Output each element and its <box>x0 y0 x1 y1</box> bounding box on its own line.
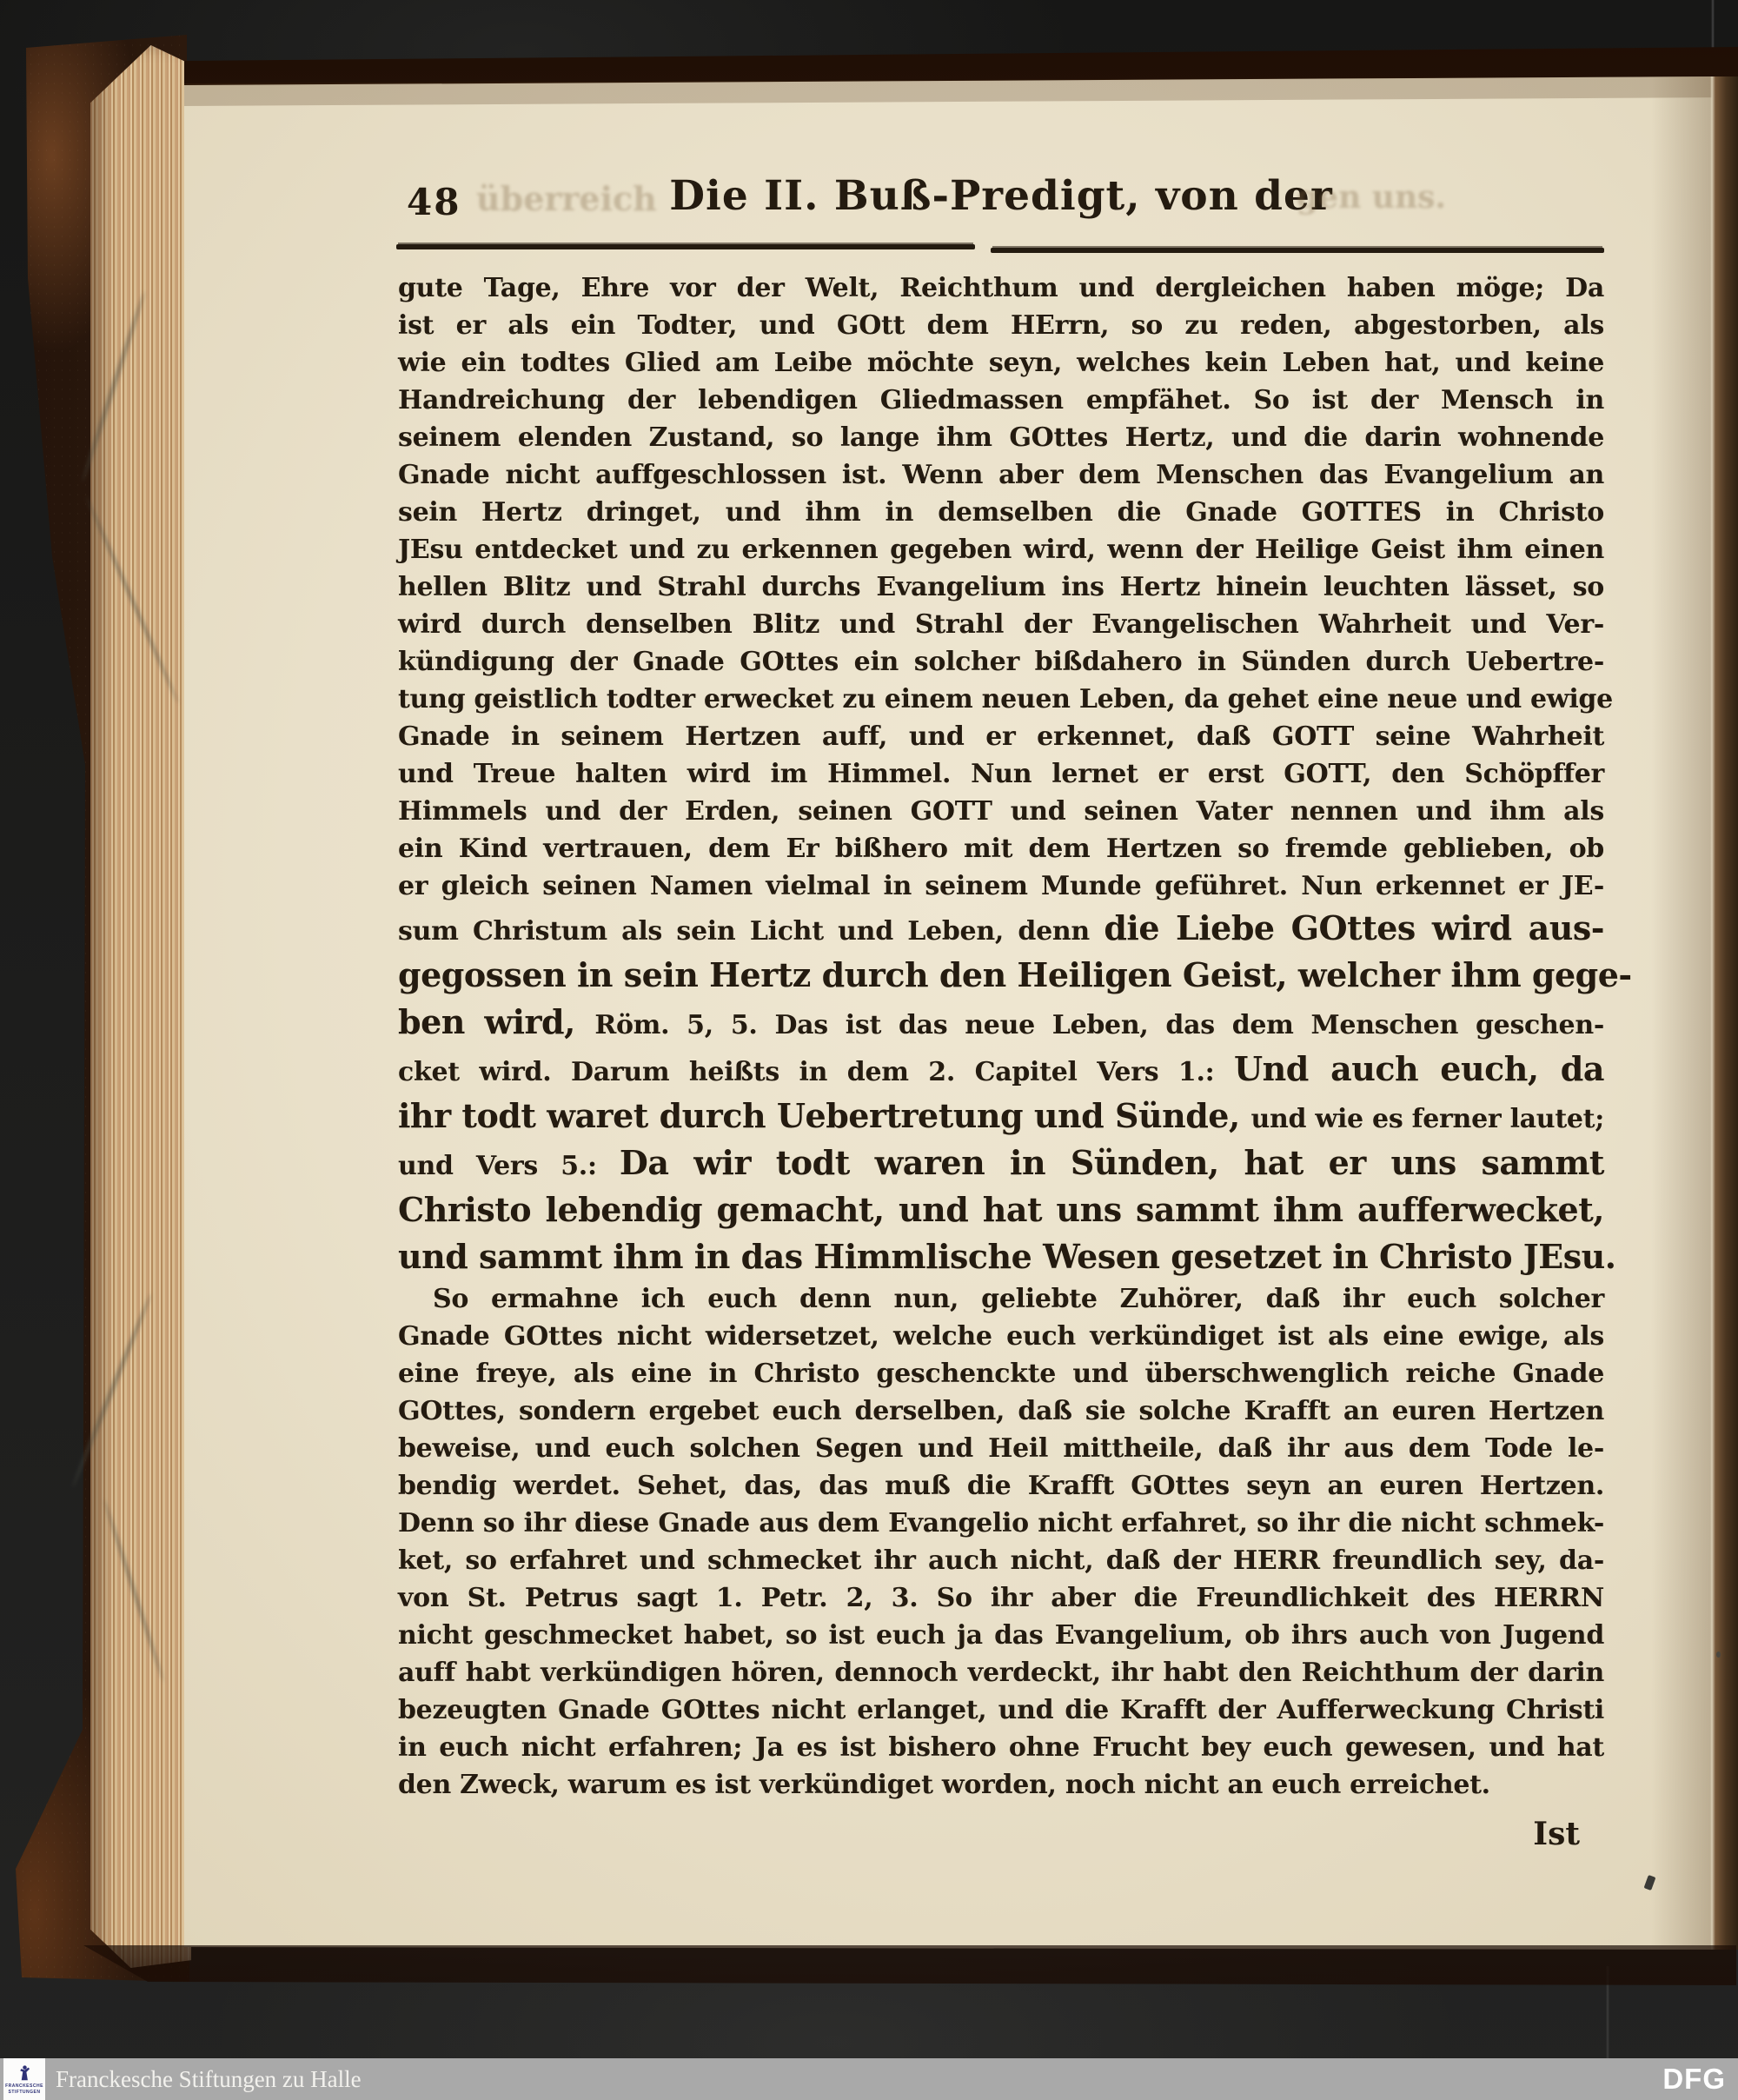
text-line: cket wird. Darum heißts in dem 2. Capite… <box>398 1046 1604 1093</box>
text-line: wird durch denselben Blitz und Strahl de… <box>398 606 1604 643</box>
text-line: auff habt verkündigen hören, dennoch ver… <box>398 1654 1604 1691</box>
text-line: Denn so ihr diese Gnade aus dem Evangeli… <box>398 1505 1604 1542</box>
text-line: Gnade nicht auffgeschlossen ist. Wenn ab… <box>398 456 1604 494</box>
text-line: hellen Blitz und Strahl durchs Evangeliu… <box>398 568 1604 606</box>
text-line: bezeugten Gnade GOttes nicht erlanget, u… <box>398 1691 1604 1729</box>
text-line: Gnade GOttes nicht widersetzet, welche e… <box>398 1318 1604 1355</box>
text-line: ben wird, Röm. 5, 5. Das ist das neue Le… <box>398 999 1604 1046</box>
text-line: So ermahne ich euch denn nun, geliebte Z… <box>398 1280 1604 1318</box>
text-line: ist er als ein Todter, und GOtt dem HErr… <box>398 307 1604 344</box>
text-line: er gleich seinen Namen vielmal in seinem… <box>398 867 1604 905</box>
text-line: ein Kind vertrauen, dem Er bißhero mit d… <box>398 830 1604 867</box>
logo-caption-line1: FRANCKESCHE <box>5 2083 43 2089</box>
text-line: ihr todt waret durch Uebertretung und Sü… <box>398 1093 1604 1140</box>
text-line: beweise, und euch solchen Segen und Heil… <box>398 1430 1604 1467</box>
text-line: gegossen in sein Hertz durch den Heilige… <box>398 952 1604 999</box>
text-line: seinem elenden Zustand, so lange ihm GOt… <box>398 419 1604 456</box>
text-line: tung geistlich todter erwecket zu einem … <box>398 681 1604 718</box>
text-line: sein Hertz dringet, und ihm in demselben… <box>398 494 1604 531</box>
header-rule-right <box>991 248 1604 253</box>
text-line: wie ein todtes Glied am Leibe möchte sey… <box>398 344 1604 382</box>
dfg-logo: DFG <box>1662 2058 1726 2100</box>
francke-statue-icon <box>18 2063 31 2083</box>
text-line: nicht geschmecket habet, so ist euch ja … <box>398 1617 1604 1654</box>
text-line: eine freye, als eine in Christo geschenc… <box>398 1355 1604 1392</box>
show-through-ghost-text: gen uns. <box>1297 179 1446 216</box>
text-line: bendig werdet. Sehet, das, das muß die K… <box>398 1467 1604 1505</box>
text-line: kündigung der Gnade GOttes ein solcher b… <box>398 643 1604 681</box>
logo-caption-line2: STIFTUNGEN <box>9 2090 41 2095</box>
text-line: Gnade in seinem Hertzen auff, und er erk… <box>398 718 1604 755</box>
text-line: sum Christum als sein Licht und Leben, d… <box>398 905 1604 952</box>
text-line: JEsu entdecket und zu erkennen gegeben w… <box>398 531 1604 568</box>
text-line: und sammt ihm in das Himmlische Wesen ge… <box>398 1233 1604 1280</box>
text-line: Christo lebendig gemacht, und hat uns sa… <box>398 1186 1604 1233</box>
text-line: Himmels und der Erden, seinen GOTT und s… <box>398 793 1604 830</box>
text-line: Handreichung der lebendigen Gliedmassen … <box>398 382 1604 419</box>
franckesche-stiftungen-logo: FRANCKESCHE STIFTUNGEN <box>3 2058 45 2100</box>
text-line: den Zweck, warum es ist verkündiget word… <box>398 1766 1604 1804</box>
digitized-book-scan: 48 Die II. Buß-Predigt, von der überreic… <box>0 0 1738 2100</box>
text-line: gute Tage, Ehre vor der Welt, Reichthum … <box>398 269 1604 307</box>
text-line: und Vers 5.: Da wir todt waren in Sünden… <box>398 1140 1604 1186</box>
page-block-fore-edge <box>90 45 191 1968</box>
body-text: gute Tage, Ehre vor der Welt, Reichthum … <box>398 269 1604 1852</box>
text-line: ket, so erfahret und schmecket ihr auch … <box>398 1542 1604 1579</box>
text-line: von St. Petrus sagt 1. Petr. 2, 3. So ih… <box>398 1579 1604 1617</box>
text-line: in euch nicht erfahren; Ja es ist bisher… <box>398 1729 1604 1766</box>
footer-bar: FRANCKESCHE STIFTUNGEN Franckesche Stift… <box>0 2058 1738 2100</box>
header-rule-left <box>396 244 975 249</box>
ink-speck <box>1716 1651 1721 1658</box>
show-through-ghost-text: überreich <box>476 179 657 218</box>
gutter-shadow <box>1651 76 1738 1950</box>
catchword: Ist <box>398 1816 1604 1852</box>
text-line: GOttes, sondern ergebet euch derselben, … <box>398 1392 1604 1430</box>
text-line: und Treue halten wird im Himmel. Nun ler… <box>398 755 1604 793</box>
institution-name: Franckesche Stiftungen zu Halle <box>56 2058 362 2100</box>
